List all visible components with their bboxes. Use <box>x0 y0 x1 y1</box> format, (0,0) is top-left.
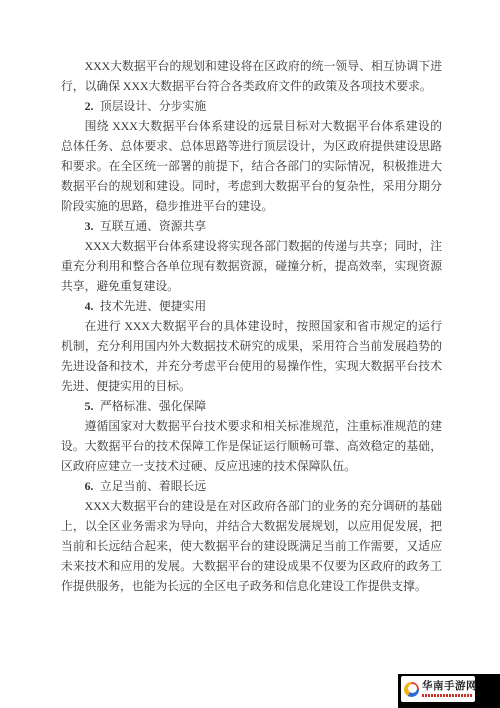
section-heading: 4.技术先进、便捷实用 <box>61 296 442 316</box>
paragraph: 遵循国家对大数据平台技术要求和相关标准规范，注重标准规范的建设。大数据平台的技术… <box>61 416 442 476</box>
section-heading: 3.互联互通、资源共享 <box>61 216 442 236</box>
section-title: 立足当前、着眼长远 <box>100 479 206 493</box>
document-page: XXX大数据平台的规划和建设将在区政府的统一领导、相互协调下进行，以确保 XXX… <box>0 0 500 708</box>
paragraph: XXX大数据平台的规划和建设将在区政府的统一领导、相互协调下进行，以确保 XXX… <box>61 56 442 96</box>
section-number: 3. <box>85 219 94 233</box>
section-heading: 6.立足当前、着眼长远 <box>61 476 442 496</box>
huanan-shouyou-logo-icon <box>404 682 419 697</box>
watermark-site-name: 华南手游网 <box>422 681 477 692</box>
watermark-panel: 华南手游网 <box>398 674 500 708</box>
section-number: 6. <box>85 479 94 493</box>
watermark-badge: 华南手游网 <box>401 676 475 702</box>
section-title: 互联互通、资源共享 <box>100 219 206 233</box>
paragraph: XXX大数据平台的建设是在对区政府各部门的业务的充分调研的基础上，以全区业务需求… <box>61 496 442 596</box>
section-title: 顶层设计、分步实施 <box>100 99 206 113</box>
paragraph: XXX大数据平台体系建设将实现各部门数据的传递与共享；同时，注重充分利用和整合各… <box>61 236 442 296</box>
document-body: XXX大数据平台的规划和建设将在区政府的统一领导、相互协调下进行，以确保 XXX… <box>61 56 442 596</box>
paragraph: 围绕 XXX大数据平台体系建设的远景目标对大数据平台体系建设的总体任务、总体要求… <box>61 116 442 216</box>
section-number: 5. <box>85 399 94 413</box>
section-number: 2. <box>85 99 94 113</box>
watermark-tagline <box>422 694 472 697</box>
section-number: 4. <box>85 299 94 313</box>
section-heading: 2.顶层设计、分步实施 <box>61 96 442 116</box>
section-title: 严格标准、强化保障 <box>100 399 206 413</box>
section-title: 技术先进、便捷实用 <box>100 299 206 313</box>
section-heading: 5.严格标准、强化保障 <box>61 396 442 416</box>
paragraph: 在进行 XXX大数据平台的具体建设时，按照国家和省市规定的运行机制，充分利用国内… <box>61 316 442 396</box>
